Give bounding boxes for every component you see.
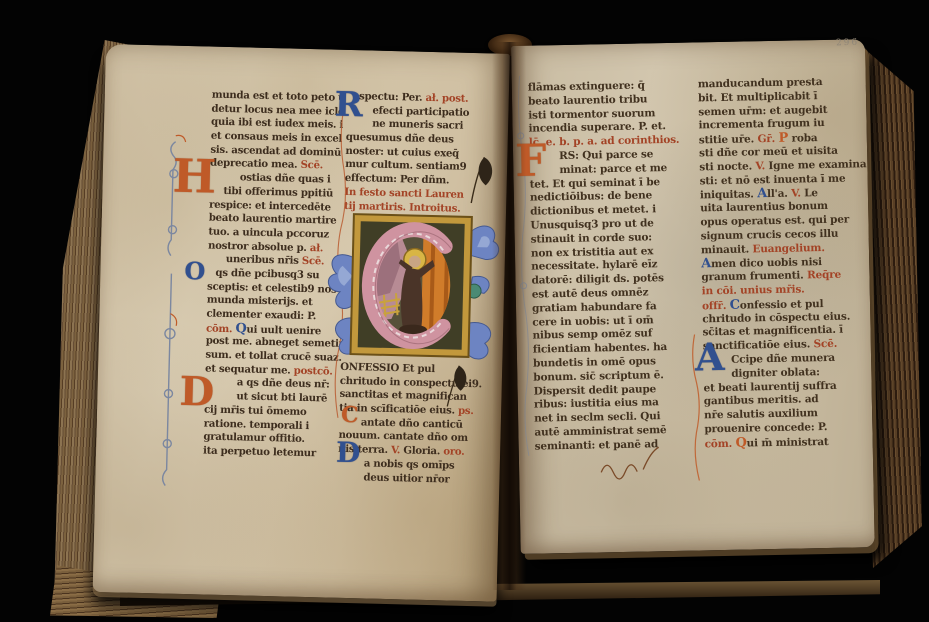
left-page: munda est et toto peto ūdetur locus nea … (93, 44, 510, 602)
scribal-squiggle (597, 443, 668, 480)
painted-initial-O: O (184, 260, 205, 282)
painted-initial-R: R (334, 90, 363, 121)
painted-initial-D: D (179, 374, 215, 411)
text-line: ita perpetuo letemur (203, 444, 343, 461)
gutter-shadow (492, 42, 526, 590)
painted-initial-H: H (172, 156, 216, 198)
manuscript-photo: munda est et toto peto ūdetur locus nea … (0, 0, 929, 622)
painted-initial-A: A (695, 340, 725, 375)
right-column-1: flāmas extinguere: q̄beato laurentio tri… (528, 78, 701, 454)
folio-number: 296 (836, 38, 860, 49)
illuminated-initial-C (320, 199, 504, 383)
left-page-initials-layer: HODRCD (106, 44, 510, 54)
painted-initial-D: D (336, 440, 361, 466)
right-column-2: manducandum prestabit. Et multiplicabit … (698, 75, 873, 451)
right-page-initials-layer: FA (511, 39, 865, 46)
right-page: flāmas extinguere: q̄beato laurentio tri… (511, 39, 875, 554)
painted-initial-C: C (341, 406, 359, 426)
text-line: cōm. Qui m̄ ministrat (705, 434, 873, 451)
text-line: deus uitior nr̄or (337, 470, 477, 487)
